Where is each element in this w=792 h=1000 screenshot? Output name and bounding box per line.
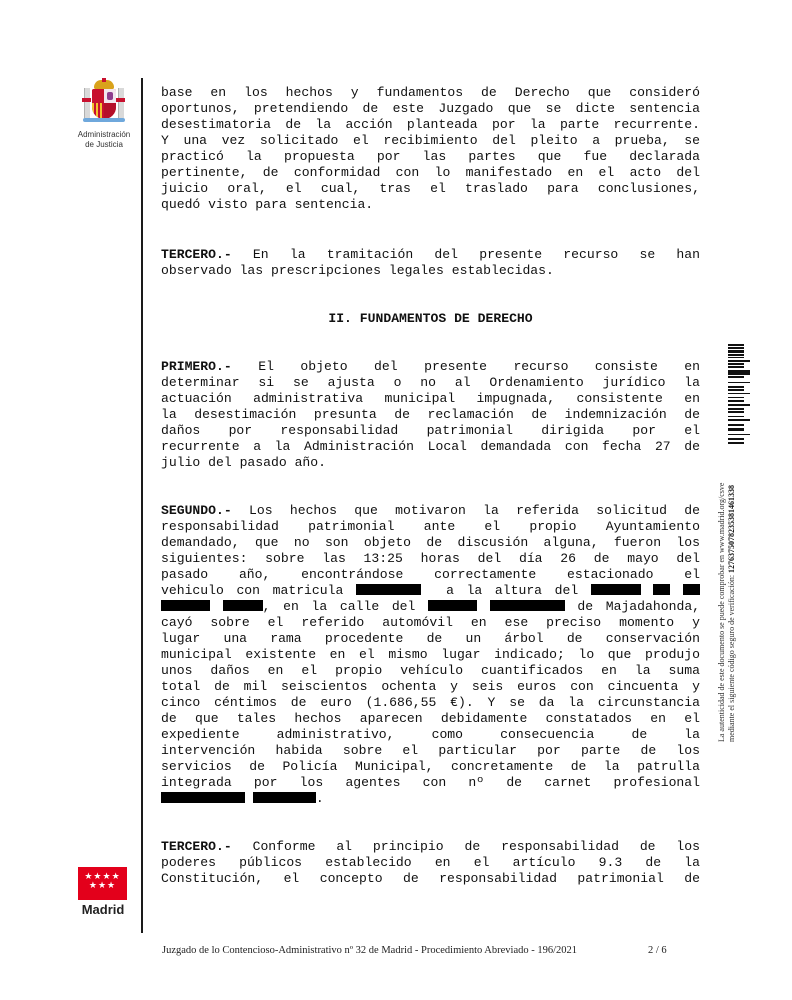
text-fragment: vehiculo con matricula <box>161 583 343 598</box>
redacted-street <box>490 600 565 611</box>
primero-paragraph: PRIMERO.- El objeto del presente recurso… <box>161 359 700 471</box>
redacted-address <box>591 584 641 595</box>
paragraph-line: siguientes: sobre las 13:25 horas del dí… <box>161 551 700 567</box>
redacted-line-1: vehiculo con matricula a la altura del <box>161 583 700 599</box>
paragraph-line: En la tramitación del presente recurso s… <box>232 247 700 262</box>
margin-rule <box>141 78 143 933</box>
paragraph-line: SEGUNDO.- Los hechos que motivaron la re… <box>161 503 700 519</box>
page-indicator: 2 / 6 <box>648 945 667 956</box>
paragraph-line: Constitución, el concepto de responsabil… <box>161 871 700 887</box>
document-page: Administración de Justicia base en los h… <box>0 0 792 1000</box>
paragraph-label: TERCERO.- <box>161 247 232 262</box>
paragraph-label: TERCERO.- <box>161 839 232 854</box>
redacted-badge-number <box>253 792 316 803</box>
madrid-flag-stars-icon: ★★★★★★★ <box>78 867 127 900</box>
redacted-address <box>653 584 670 595</box>
paragraph-line: servicios de Policía Municipal, concreta… <box>161 759 700 775</box>
text-fragment: . <box>316 791 324 806</box>
redacted-badge-number <box>161 792 245 803</box>
redacted-address <box>161 600 210 611</box>
paragraph-line: base en los hechos y fundamentos de Dere… <box>161 85 700 101</box>
intro-paragraph: base en los hechos y fundamentos de Dere… <box>161 85 700 213</box>
paragraph-line: municipal existente en el mismo lugar in… <box>161 647 700 663</box>
paragraph-line: julio del pasado año. <box>161 455 700 471</box>
paragraph-line: Y una vez solicitado el recibimiento del… <box>161 133 700 149</box>
paragraph-line: cinco céntimos de euro (1.686,55 €). Y s… <box>161 695 700 711</box>
paragraph-label: PRIMERO.- <box>161 359 232 374</box>
logo-caption-line2: de Justicia <box>74 140 134 150</box>
segundo-paragraph: SEGUNDO.- Los hechos que motivaron la re… <box>161 503 700 807</box>
paragraph-line: total de mil seiscientos ochenta y seis … <box>161 679 700 695</box>
administracion-de-justicia-logo: Administración de Justicia <box>74 78 134 154</box>
comunidad-de-madrid-logo: ★★★★★★★ Madrid <box>78 867 128 918</box>
madrid-label: Madrid <box>78 902 128 918</box>
paragraph-line: oportunos, pretendiendo de este Juzgado … <box>161 101 700 117</box>
verification-line1: La autenticidad de este documento se pue… <box>717 483 727 742</box>
paragraph-line: PRIMERO.- El objeto del presente recurso… <box>161 359 700 375</box>
text-fragment: , en la calle del <box>263 599 416 614</box>
logo-caption-line1: Administración <box>74 130 134 140</box>
paragraph-line: pasado año, encontrándose correctamente … <box>161 567 700 583</box>
paragraph-line: actuación administrativa municipal impug… <box>161 391 700 407</box>
redacted-street <box>428 600 477 611</box>
section-heading: II. FUNDAMENTOS DE DERECHO <box>161 311 700 327</box>
paragraph-line: pertinente, de conformidad con lo manife… <box>161 165 700 181</box>
paragraph-line: cayó sobre el referido automóvil en ese … <box>161 615 700 631</box>
paragraph-line: Conforme al principio de responsabilidad… <box>232 839 700 854</box>
paragraph-line: determinar si se ajusta o no al Ordenami… <box>161 375 700 391</box>
paragraph-line: poderes públicos establecido en el artíc… <box>161 855 700 871</box>
paragraph-line: demandado, que no son objeto de discusió… <box>161 535 700 551</box>
text-fragment: de Majadahonda, <box>577 599 700 614</box>
paragraph-line: unos daños en el propio vehículo cuantif… <box>161 663 700 679</box>
tercero-antecedente-paragraph: TERCERO.- En la tramitación del presente… <box>161 247 700 279</box>
spain-coat-of-arms-icon <box>79 78 129 128</box>
paragraph-line: recurrente a la Administración Local dem… <box>161 439 700 455</box>
redacted-line-3: . <box>161 791 700 807</box>
barcode-icon <box>728 344 750 446</box>
paragraph-line: la desestimación presunta de reclamación… <box>161 407 700 423</box>
paragraph-line: lugar una rama procedente de un árbol de… <box>161 631 700 647</box>
paragraph-line-text: El objeto del presente recurso consiste … <box>232 359 700 374</box>
redacted-address <box>683 584 700 595</box>
paragraph-line: observado las prescripciones legales est… <box>161 263 700 279</box>
footer-court-reference: Juzgado de lo Contencioso-Administrativo… <box>162 945 577 956</box>
paragraph-line: de que tales hechos aparecen debidamente… <box>161 711 700 727</box>
verification-csv-code: 1276375078235381461338 <box>727 485 736 573</box>
paragraph-line: desestimatoria de la acción planteada po… <box>161 117 700 133</box>
paragraph-line: integrada por los agentes con nº de carn… <box>161 775 700 791</box>
paragraph-line: juicio oral, el cual, tras el traslado p… <box>161 181 700 197</box>
paragraph-line: practicó la propuesta por las partes que… <box>161 149 700 165</box>
paragraph-label: SEGUNDO.- <box>161 503 232 518</box>
verification-line2-prefix: mediante el siguiente código seguro de v… <box>727 573 736 742</box>
redacted-address <box>223 600 263 611</box>
redacted-plate <box>356 584 421 595</box>
redacted-line-2: , en la calle del de Majadahonda, <box>161 599 700 615</box>
paragraph-line: responsabilidad patrimonial ante el prop… <box>161 519 700 535</box>
text-fragment: a la altura del <box>446 583 578 598</box>
paragraph-line: intervención habida sobre el particular … <box>161 743 700 759</box>
paragraph-line-text: Los hechos que motivaron la referida sol… <box>232 503 700 518</box>
tercero-fundamento-paragraph: TERCERO.- Conforme al principio de respo… <box>161 839 700 887</box>
paragraph-line: quedó visto para sentencia. <box>161 197 700 213</box>
paragraph-line: daños por responsabilidad patrimonial di… <box>161 423 700 439</box>
paragraph-line: expediente administrativo, como consecue… <box>161 727 700 743</box>
logo-caption: Administración de Justicia <box>74 130 134 150</box>
